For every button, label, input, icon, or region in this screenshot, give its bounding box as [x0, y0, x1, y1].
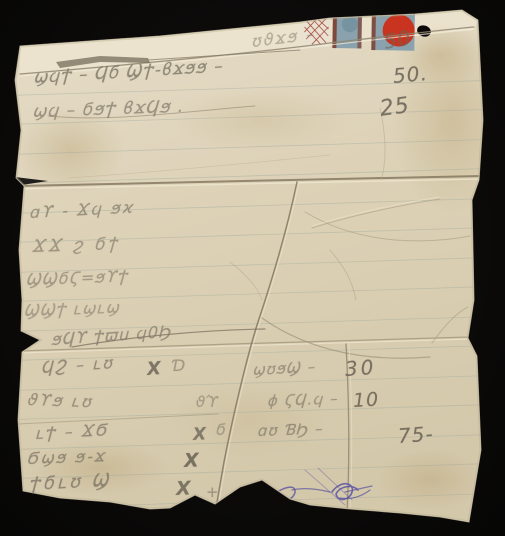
handwriting-line: ɑʊ ƁϦ – [257, 420, 324, 440]
amount-value: 25 [378, 93, 411, 122]
x-mark: X [192, 424, 206, 445]
handwriting-line: Ϭϣϧ ϧ-ϫ [27, 446, 108, 468]
amount-value: 30 [344, 355, 377, 381]
handwriting-line: ϣϥ – ϭϧϮ ϐϫϤϧ . [32, 97, 186, 122]
x-mark: X [184, 449, 199, 471]
handwriting-line: ϣϥϮ – Ϥϭ ϢϮ-ϐϫϧϧ – [33, 56, 224, 88]
handwriting-tail: Ɗ [171, 356, 184, 375]
handwriting-line: ϢϢϭϚ=ϧϒϮ [26, 266, 130, 289]
amount-value: 50. [392, 61, 429, 88]
handwriting-line: ϧϤϒ Ϯϖu ϥ0Ϧ [51, 321, 173, 349]
note-photo: ʊϑϫϧ – 50 ϣϥϮ – Ϥϭ ϢϮ-ϐϫϧϧ – 50. ϣϥ – ϭϧ… [0, 0, 505, 536]
handwriting-line: Ϯϭʟʊ Ϣ [29, 470, 113, 495]
amount-value: 75- [397, 422, 434, 448]
handwriting-line: ʟϮ – ϪϬ [35, 420, 110, 443]
handwriting-line: ϤϨ – ʟʊ [41, 353, 115, 377]
handwriting-tail: + [206, 483, 219, 501]
x-mark: X [176, 477, 191, 499]
handwriting-tail: ϑϓ [196, 393, 218, 411]
handwriting-line: ɑϒ - Ϫϥ ϧϰ [29, 197, 136, 222]
handwriting-line: ϕ ϚϤ.ϥ – [267, 389, 339, 410]
handwriting-line: ϣʊϧϢ – [252, 358, 317, 379]
amount-value: 50 [382, 25, 413, 53]
amount-value: 10 [352, 389, 379, 412]
handwriting-line: ϪϪ ϩ ϭϯ [32, 234, 121, 257]
handwriting-line: ʊϑϫϧ – [252, 24, 317, 51]
handwriting-tail: ϭ [216, 420, 226, 439]
x-mark: X [146, 358, 161, 380]
handwriting-line: ϑϒϧ ʟʊ [27, 390, 96, 411]
handwriting-layer: ʊϑϫϧ – 50 ϣϥϮ – Ϥϭ ϢϮ-ϐϫϧϧ – 50. ϣϥ – ϭϧ… [0, 0, 505, 536]
handwriting-line: ϢϢϮ ʟϣʟϣ [24, 298, 121, 320]
